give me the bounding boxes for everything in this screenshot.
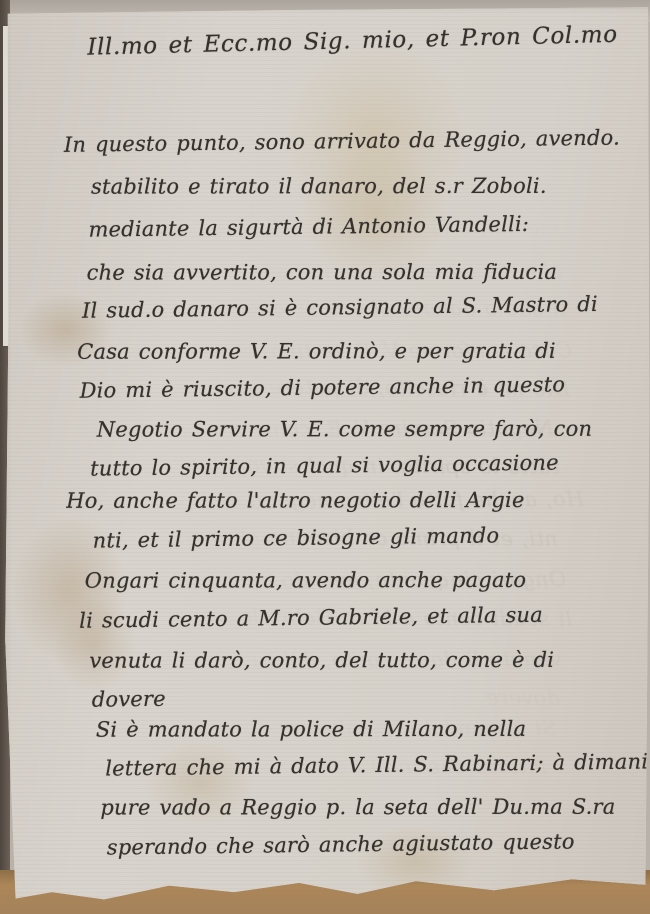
letter-line: Ho, anche fatto l'altro negotio delli Ar…: [66, 488, 524, 513]
letter-line: Negotio Servire V. E. come sempre farò, …: [97, 417, 592, 442]
salutation-line: Ill.mo et Ecc.mo Sig. mio, et P.ron Col.…: [87, 22, 618, 61]
letter-line: mediante la sigurtà di Antonio Vandelli:: [88, 212, 529, 242]
letter-line: nti, et il primo ce bisogne gli mando: [92, 523, 499, 552]
letter-line: Si è mandato la police di Milano, nella: [96, 717, 526, 742]
letter-line: dovere: [92, 687, 166, 712]
letter-page: In questo punto, sono arrivato da Reggio…: [0, 0, 650, 914]
letter-line: che sia avvertito, con una sola mia fidu…: [87, 260, 557, 285]
photo-frame: In questo punto, sono arrivato da Reggio…: [0, 0, 650, 914]
letter-line: Il sud.o danaro si è consignato al S. Ma…: [82, 292, 598, 323]
letter-line: li scudi cento a M.ro Gabriele, et alla …: [79, 603, 543, 633]
letter-line: Ongari cinquanta, avendo anche pagato: [85, 568, 526, 593]
letter-line: tutto lo spirito, in qual si voglia occa…: [90, 451, 559, 481]
letter-line: Casa conforme V. E. ordinò, e per gratia…: [77, 339, 556, 364]
letter-line: lettera che mi à dato V. Ill. S. Rabinar…: [105, 749, 648, 780]
letter-line: Dio mi è riuscito, di potere anche in qu…: [79, 372, 565, 402]
letter-line: sperando che sarò anche agiustato questo: [107, 829, 575, 859]
letter-line: pure vado a Reggio p. la seta dell' Du.m…: [100, 795, 615, 820]
letter-line: In questo punto, sono arrivato da Reggio…: [64, 126, 620, 157]
letter-line: venuta li darò, conto, del tutto, come è…: [89, 648, 554, 673]
letter-content: Ill.mo et Ecc.mo Sig. mio, et P.ron Col.…: [0, 0, 650, 914]
letter-line: stabilito e tirato il danaro, del s.r Zo…: [91, 174, 547, 199]
